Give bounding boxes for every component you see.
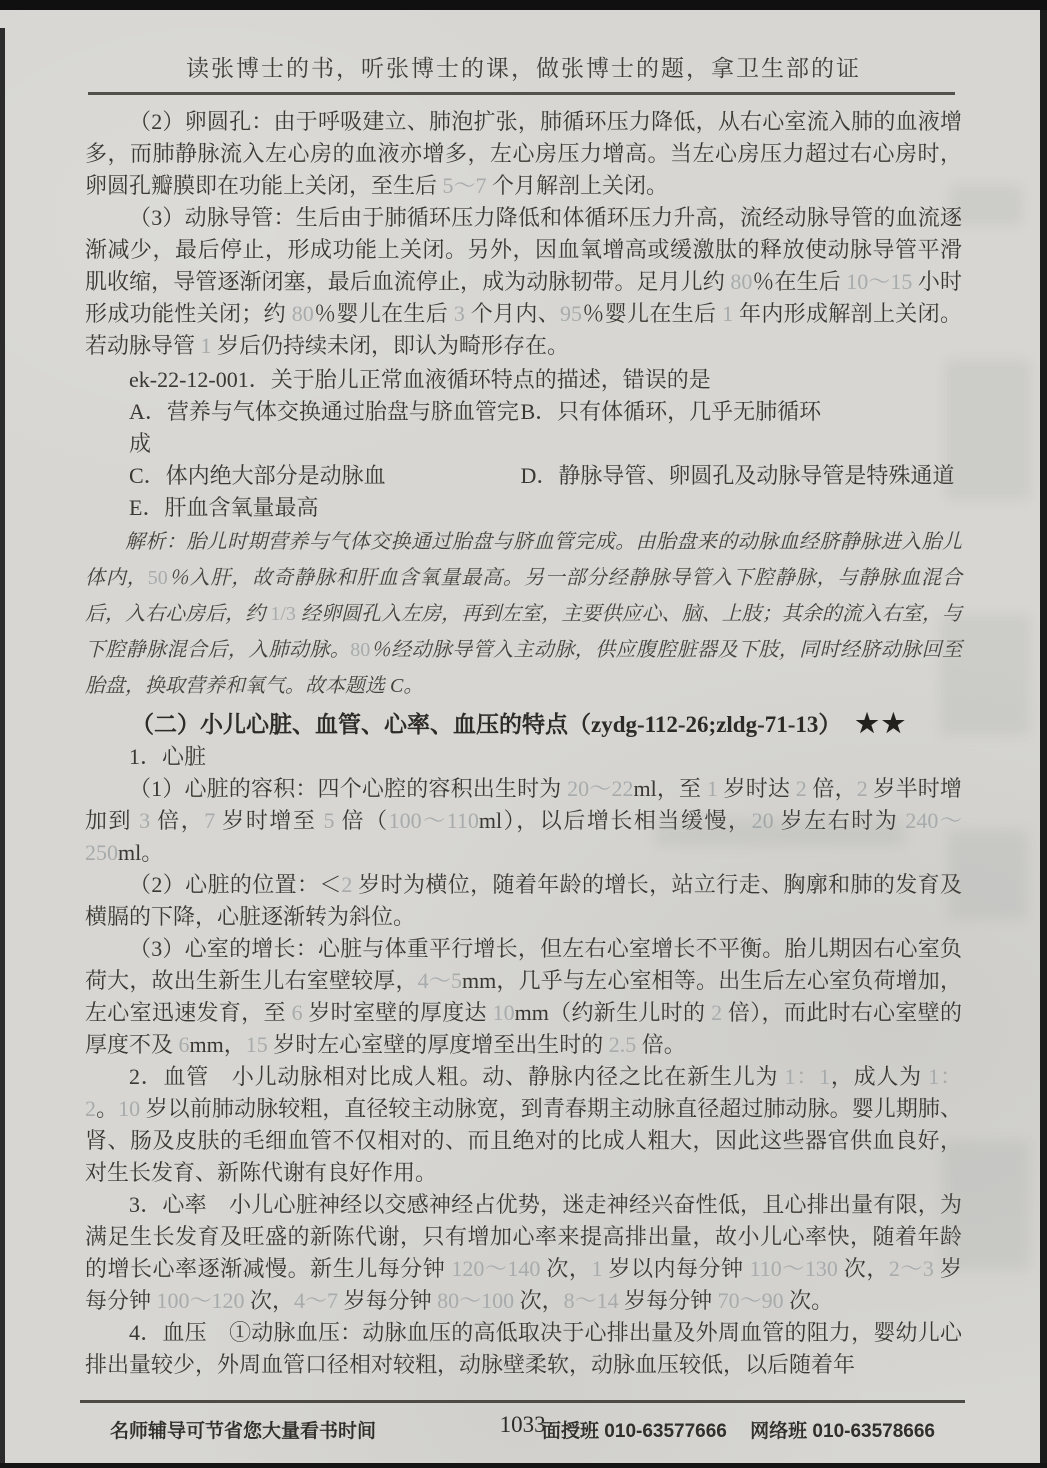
faded-number: 1/3	[270, 603, 296, 625]
faded-number: 10	[493, 1000, 515, 1025]
option-item: E．肝血含氧量最高	[129, 492, 521, 524]
option-item: A．营养与气体交换通过胎盘与脐血管完成	[129, 396, 521, 460]
paragraph-heart-rate: 3．心率 小儿心脏神经以交感神经占优势，迷走神经兴奋性低，且心排出量有限，为满足…	[85, 1189, 962, 1317]
text-run: 岁左右时为	[774, 808, 906, 833]
paragraph-ductus-arteriosus: （3）动脉导管：生后由于肺循环压力降低和体循环压力升高，流经动脉导管的血流逐渐减…	[85, 202, 962, 362]
scan-edge-right	[1040, 10, 1047, 1468]
text-run: 倍（	[335, 808, 389, 833]
faded-number: 8～14	[564, 1288, 619, 1313]
option-row: A．营养与气体交换通过胎盘与脐血管完成B．只有体循环，几乎无肺循环	[85, 396, 962, 460]
faded-number: 1	[722, 301, 733, 326]
faded-number: 1：1	[785, 1064, 831, 1089]
text-run: ml。	[118, 840, 163, 865]
footer-contact-online: 网络班 010-63578666	[750, 1421, 935, 1442]
faded-number: 120～140	[451, 1256, 540, 1281]
text-run: 4．血压 ①动脉血压：动脉血压的高低取决于心排出量及外周血管的阻力，婴幼儿心排出…	[85, 1320, 962, 1377]
option-row: C．体内绝大部分是动脉血D．静脉导管、卵圆孔及动脉导管是特殊通道	[85, 460, 962, 492]
paragraph-ventricle-growth: （3）心室的增长：心脏与体重平行增长，但左右心室增长不平衡。胎儿期因右心室负荷大…	[85, 933, 962, 1061]
text-run: 岁以前肺动脉较粗，直径较主动脉宽，到青春期主动脉直径超过肺动脉。婴儿期肺、肾、肠…	[85, 1096, 962, 1185]
text-run: ek-22-12-001．关于胎儿正常血液循环特点的描述，错误的是	[129, 367, 711, 392]
footer-contact-onsite: 面授班 010-63577666	[542, 1421, 727, 1442]
faded-number: 2	[796, 776, 807, 801]
text-run: 次，	[514, 1288, 564, 1313]
text-run: 次，	[838, 1256, 889, 1281]
faded-number: 2～3	[889, 1256, 934, 1281]
text-run: （二）小儿心脏、血管、心率、血压的特点（zydg-112-26;zldg-71-…	[131, 712, 841, 737]
text-run: 岁时左心室壁的厚度增至出生时的	[268, 1032, 609, 1057]
text-run: （2）心脏的位置：＜	[129, 872, 341, 897]
faded-number: 110～130	[750, 1256, 838, 1281]
footer-contact: 面授班 010-63577666 网络班 010-63578666	[542, 1416, 935, 1443]
faded-number: 80	[350, 639, 370, 661]
faded-number: 10	[118, 1096, 140, 1121]
option-item: C．体内绝大部分是动脉血	[129, 460, 521, 492]
faded-number: 80～100	[437, 1288, 514, 1313]
faded-number: 100～110	[389, 808, 479, 833]
faded-number: 1	[201, 333, 212, 358]
text-run: 岁后仍持续未闭，即认为畸形存在。	[212, 333, 570, 358]
page-number: 1033	[500, 1412, 546, 1438]
footer-divider-rule	[80, 1400, 965, 1403]
paragraph-heart-volume: （1）心脏的容积：四个心腔的容积出生时为 20～22ml，至 1 岁时达 2 倍…	[85, 773, 962, 869]
faded-number: 80	[730, 269, 752, 294]
star-rating: ★★	[841, 709, 908, 738]
paragraph-blood-vessels: 2．血管 小儿动脉相对比成人粗。动、静脉内径之比在新生儿为 1：1，成人为 1：…	[85, 1061, 962, 1189]
option-item: D．静脉导管、卵圆孔及动脉导管是特殊通道	[521, 460, 963, 492]
faded-number: 7	[204, 808, 215, 833]
faded-number: 5～7	[443, 173, 487, 198]
text-run: 次，	[245, 1288, 295, 1313]
text-run: 岁每分钟	[619, 1288, 718, 1313]
section-header: （二）小儿心脏、血管、心率、血压的特点（zydg-112-26;zldg-71-…	[85, 708, 962, 741]
faded-number: 70～90	[718, 1288, 784, 1313]
text-run: ，成人为	[830, 1064, 928, 1089]
page-footer: 名师辅导可节省您大量看书时间 1033 面授班 010-63577666 网络班…	[0, 1412, 1047, 1448]
subheading-heart: 1．心脏	[85, 741, 962, 773]
faded-number: 6	[179, 1032, 190, 1057]
faded-number: 100～120	[157, 1288, 245, 1313]
faded-number: 20	[752, 808, 774, 833]
text-run: 。	[96, 1096, 118, 1121]
text-run: ％婴儿在生后	[582, 301, 722, 326]
page-header-slogan: 读张博士的书，听张博士的课，做张博士的题，拿卫生部的证	[0, 50, 1047, 83]
faded-number: 50	[148, 567, 168, 589]
text-run: 倍。	[636, 1032, 686, 1057]
text-run: 个月内、	[465, 301, 560, 326]
scan-edge-left	[0, 28, 5, 1468]
text-run: 岁时达	[718, 776, 796, 801]
text-run: 2．血管 小儿动脉相对比成人粗。动、静脉内径之比在新生儿为	[129, 1064, 785, 1089]
text-run: 倍，	[807, 776, 857, 801]
text-run: 岁时室壁的厚度达	[303, 1000, 493, 1025]
faded-number: 2	[341, 872, 352, 897]
paragraph-blood-pressure: 4．血压 ①动脉血压：动脉血压的高低取决于心排出量及外周血管的阻力，婴幼儿心排出…	[85, 1317, 962, 1381]
faded-number: 3	[139, 808, 150, 833]
faded-number: 2	[857, 776, 868, 801]
paragraph-foramen-ovale: （2）卵圆孔：由于呼吸建立、肺泡扩张，肺循环压力降低，从右心室流入肺的血液增多，…	[85, 106, 962, 202]
scan-edge-top	[0, 0, 1047, 10]
faded-number: 10～15	[846, 269, 912, 294]
faded-number: 20～22	[567, 776, 633, 801]
option-item	[521, 492, 963, 524]
text-run: ％婴儿在生后	[314, 301, 454, 326]
text-run: 倍，	[150, 808, 204, 833]
option-row: E．肝血含氧量最高	[85, 492, 962, 524]
faded-number: 15	[246, 1032, 268, 1057]
option-item: B．只有体循环，几乎无肺循环	[521, 396, 963, 460]
faded-number: 4～5	[418, 968, 462, 993]
text-run: （1）心脏的容积：四个心腔的容积出生时为	[129, 776, 567, 801]
paragraph-heart-position: （2）心脏的位置：＜2 岁时为横位，随着年龄的增长，站立行走、胸廓和肺的发育及横…	[85, 869, 962, 933]
faded-number: 4～7	[294, 1288, 338, 1313]
faded-number: 1	[707, 776, 718, 801]
text-run: mm，	[190, 1032, 246, 1057]
faded-number: 6	[292, 1000, 303, 1025]
document-body: （2）卵圆孔：由于呼吸建立、肺泡扩张，肺循环压力降低，从右心室流入肺的血液增多，…	[85, 106, 962, 1381]
text-run: ml，至	[633, 776, 706, 801]
text-run: 次。	[784, 1288, 834, 1313]
text-run: 岁时增至	[215, 808, 323, 833]
faded-number: 2.5	[609, 1032, 637, 1057]
question-stem: ek-22-12-001．关于胎儿正常血液循环特点的描述，错误的是	[85, 364, 962, 396]
faded-number: 2	[711, 1000, 722, 1025]
text-run: mm（约新生儿时的	[515, 1000, 711, 1025]
faded-number: 95	[560, 301, 582, 326]
text-run: 1．心脏	[129, 744, 206, 769]
faded-number: 5	[324, 808, 335, 833]
text-run: 个月解剖上关闭。	[487, 173, 669, 198]
faded-number: 1	[591, 1256, 602, 1281]
footer-slogan: 名师辅导可节省您大量看书时间	[110, 1416, 376, 1443]
text-run: 岁每分钟	[338, 1288, 437, 1313]
faded-number: 3	[454, 301, 465, 326]
paragraph-analysis: 解析：胎儿时期营养与气体交换通过胎盘与脐血管完成。由胎盘来的动脉血经脐静脉进入胎…	[85, 524, 962, 704]
header-divider-rule	[88, 92, 955, 95]
faded-number: 80	[292, 301, 314, 326]
text-run: ％在生后	[752, 269, 846, 294]
text-run: 岁以内每分钟	[602, 1256, 749, 1281]
scanned-textbook-page: 读张博士的书，听张博士的课，做张博士的题，拿卫生部的证 （2）卵圆孔：由于呼吸建…	[0, 0, 1047, 1468]
scan-edge-bottom	[0, 1463, 1047, 1468]
text-run: 次，	[540, 1256, 591, 1281]
text-run: ml），以后增长相当缓慢，	[479, 808, 752, 833]
